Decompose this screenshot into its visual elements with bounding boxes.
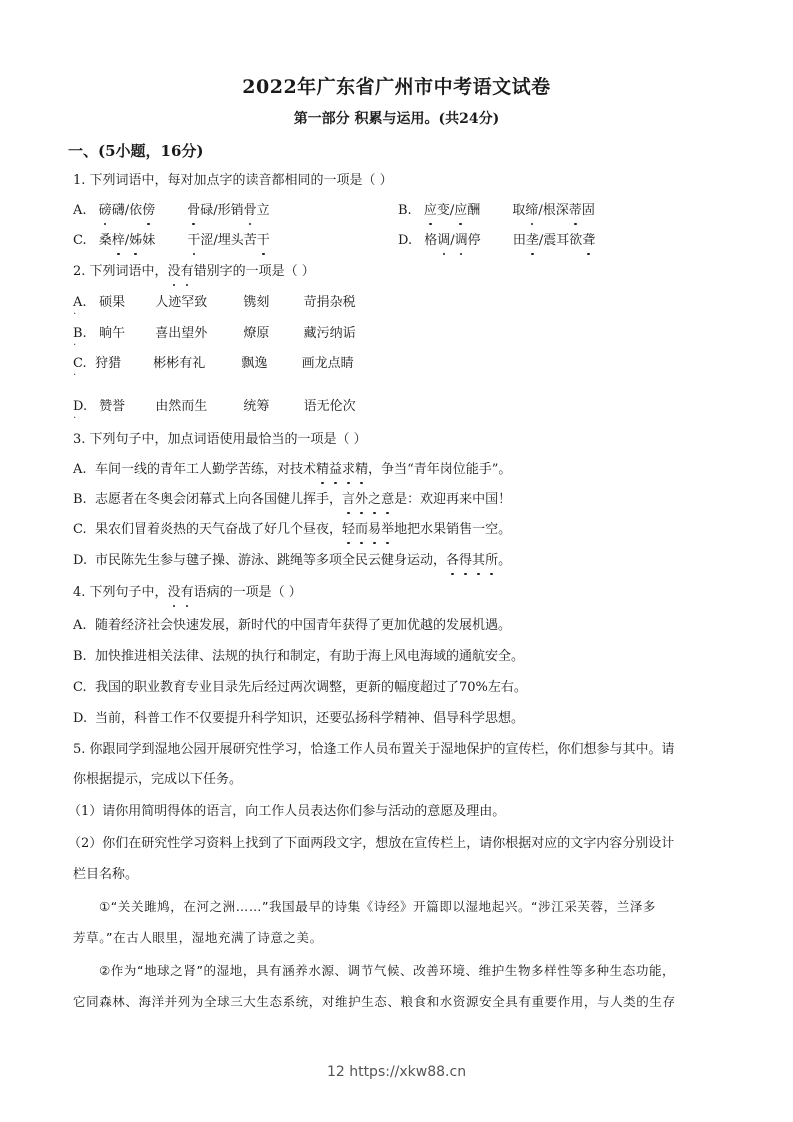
q3-option-b: B.志愿者在冬奥会闭幕式上向各国健儿挥手，言外之意是：欢迎再来中国！ bbox=[73, 491, 511, 509]
q5-task-1: （1）请你用简明得体的语言，向工作人员表达你们参与活动的意愿及理由。 bbox=[68, 803, 505, 821]
option-label: B. bbox=[398, 203, 412, 218]
emphasized-char: 有 bbox=[181, 584, 194, 602]
q4-option-c: C.我国的职业教育专业目录先后经过两次调整，更新的幅度超过了70%左右。 bbox=[73, 679, 527, 697]
emphasized-char: 所 bbox=[485, 552, 498, 570]
q3-option-a: A.车间一线的青年工人勤学苦练，对技术精益求精，争当“青年岗位能手”。 bbox=[73, 461, 511, 479]
emphasis-mark: 没有 bbox=[168, 264, 194, 279]
emphasized-char: 精 bbox=[316, 461, 329, 479]
emphasized-char: 言 bbox=[342, 491, 355, 509]
q2-option-a: A. 硕果 人迹罕致 镌刻 苛捐杂税 bbox=[73, 294, 356, 312]
q4-option-a: A.随着经济社会快速发展，新时代的中国青年获得了更加优越的发展机遇。 bbox=[73, 617, 511, 635]
emphasized-char: 易 bbox=[368, 521, 381, 539]
q1-stem: 1. 下列词语中，每对加点字的读音都相同的一项是（ ） bbox=[73, 172, 393, 190]
q1-option-d: D. 格调/调停 田垄/震耳欲聋 bbox=[398, 232, 595, 250]
emphasized-char: 得 bbox=[459, 552, 472, 570]
option-label: D. bbox=[398, 233, 412, 248]
passage-1-line-2: 芳草。”在古人眼里，湿地充满了诗意之美。 bbox=[73, 929, 323, 947]
emphasized-char: 没 bbox=[168, 584, 181, 602]
passage-2-line-1: ②作为“地球之肾”的湿地，具有涵养水源、调节气候、改善环境、维护生物多样性等多种… bbox=[73, 962, 675, 980]
option-label: A. bbox=[73, 203, 87, 218]
emphasized-char: 益 bbox=[329, 461, 342, 479]
emphasized-char: 轻 bbox=[342, 521, 355, 539]
emphasized-char: 各 bbox=[446, 552, 459, 570]
emphasized-char: 其 bbox=[472, 552, 485, 570]
q1-option-c: C. 桑梓/姊妹 干涩/埋头苦干 bbox=[73, 232, 270, 250]
q2-stem: 2. 下列词语中，没有错别字的一项是（ ） bbox=[73, 263, 315, 281]
q1-option-b: B. 应变/应酬 取缔/根深蒂固 bbox=[398, 202, 595, 220]
q5-task-2-line-1: （2）你们在研究性学习资料上找到了下面两段文字，想放在宣传栏上，请你根据对应的文… bbox=[68, 835, 674, 853]
q3-option-c: C.果农们冒着炎热的天气奋战了好几个昼夜，轻而易举地把水果销售一空。 bbox=[73, 521, 511, 539]
emphasized-char: 意 bbox=[381, 491, 394, 509]
q3-stem: 3. 下列句子中，加点词语使用最恰当的一项是（ ） bbox=[73, 431, 367, 449]
emphasis-mark: 言外之意 bbox=[342, 492, 394, 507]
q4-option-b: B.加快推进相关法律、法规的执行和制定，有助于海上风电海域的通航安全。 bbox=[73, 648, 524, 666]
q5-stem-line-1: 5. 你跟同学到湿地公园开展研究性学习，恰逢工作人员布置关于湿地保护的宣传栏，你… bbox=[73, 741, 675, 759]
passage-1-line-1: ①“关关雎鸠，在河之洲……”我国最早的诗集《诗经》开篇即以湿地起兴。“涉江采芙蓉… bbox=[73, 898, 656, 916]
q1-option-a: A. 磅礴/依傍 骨碌/形销骨立 bbox=[73, 202, 270, 220]
q5-task-2-line-2: 栏目名称。 bbox=[73, 866, 138, 884]
emphasized-char: 没 bbox=[168, 263, 181, 281]
emphasis-mark: 没有 bbox=[168, 585, 194, 600]
option-label: C. bbox=[73, 233, 87, 248]
passage-2-line-2: 它同森林、海洋并列为全球三大生态系统，对维护生态、粮食和水资源安全具有重要作用，… bbox=[73, 993, 676, 1011]
part-subtitle: 第一部分 积累与运用。(共24分) bbox=[0, 108, 793, 128]
emphasized-char: 举 bbox=[381, 521, 394, 539]
exam-title: 2022年广东省广州市中考语文试卷 bbox=[0, 72, 793, 99]
emphasized-char: 外 bbox=[355, 491, 368, 509]
section-heading: 一、(5小题，16分) bbox=[68, 140, 204, 161]
emphasized-char: 求 bbox=[342, 461, 355, 479]
emphasis-mark: 精益求精 bbox=[316, 462, 368, 477]
page-footer: 12 https://xkw88.cn bbox=[0, 1064, 793, 1080]
emphasized-char: 之 bbox=[368, 491, 381, 509]
q2-option-b: B. 晌午 喜出望外 燎原 藏污纳诟 bbox=[73, 325, 356, 343]
emphasized-char: 有 bbox=[181, 263, 194, 281]
q5-stem-line-2: 你根据提示，完成以下任务。 bbox=[73, 771, 242, 789]
q2-option-d: D. 赞誉 由然而生 统筹 语无伦次 bbox=[73, 398, 356, 416]
emphasis-mark: 各得其所 bbox=[446, 553, 498, 568]
emphasis-mark: 轻而易举 bbox=[342, 522, 394, 537]
emphasized-char: 而 bbox=[355, 521, 368, 539]
q3-option-d: D.市民陈先生参与毽子操、游泳、跳绳等多项全民云健身运动，各得其所。 bbox=[73, 552, 511, 570]
q4-option-d: D.当前，科普工作不仅要提升科学知识，还要弘扬科学精神、倡导科学思想。 bbox=[73, 710, 524, 728]
q4-stem: 4. 下列句子中，没有语病的一项是（ ） bbox=[73, 584, 302, 602]
emphasized-char: 精 bbox=[355, 461, 368, 479]
q2-option-c: C. 狩猎 彬彬有礼 飘逸 画龙点睛 bbox=[73, 355, 354, 373]
exam-page: 2022年广东省广州市中考语文试卷 第一部分 积累与运用。(共24分) 一、(5… bbox=[0, 0, 793, 1122]
